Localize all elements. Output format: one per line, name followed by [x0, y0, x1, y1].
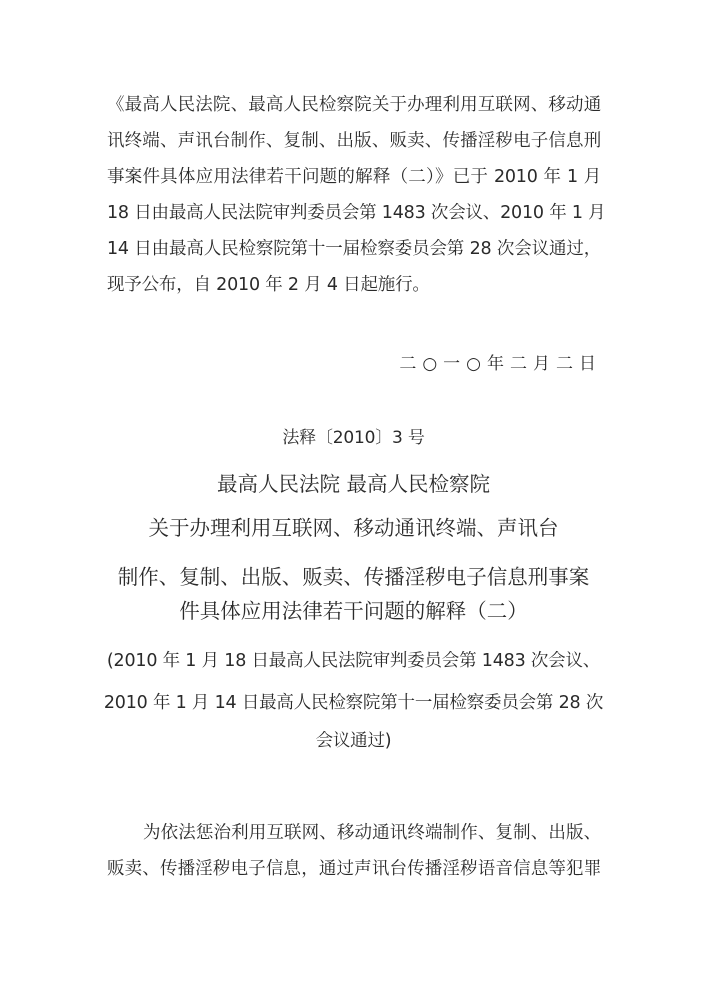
adoption-note-line: 2010 年 1 月 14 日最高人民检察院第十一届检察委员会第 28 次 — [100, 691, 607, 715]
announcement-line: 18 日由最高人民法院审判委员会第 1483 次会议、2010 年 1 月 — [107, 201, 601, 225]
announcement-line: 14 日由最高人民检察院第十一届检察委员会第 28 次会议通过， — [107, 237, 601, 261]
body-line: 为依法惩治利用互联网、移动通讯终端制作、复制、出版、 — [143, 821, 601, 845]
document-title-line: 件具体应用法律若干问题的解释（二） — [100, 597, 607, 625]
announcement-line: 事案件具体应用法律若干问题的解释（二）》已于 2010 年 1 月 — [107, 165, 601, 189]
announcement-line: 《最高人民法院、最高人民检察院关于办理利用互联网、移动通 — [107, 93, 601, 117]
document-issuer: 最高人民法院 最高人民检察院 — [100, 470, 607, 498]
adoption-note-line: (2010 年 1 月 18 日最高人民法院审判委员会第 1483 次会议、 — [100, 649, 607, 673]
body-line: 贩卖、传播淫秽电子信息，通过声讯台传播淫秽语音信息等犯罪 — [107, 857, 601, 881]
document-title-line: 制作、复制、出版、贩卖、传播淫秽电子信息刑事案 — [100, 563, 607, 591]
document-title-line: 关于办理利用互联网、移动通讯终端、声讯台 — [100, 514, 607, 542]
document-page: 《最高人民法院、最高人民检察院关于办理利用互联网、移动通 讯终端、声讯台制作、复… — [0, 0, 707, 999]
announcement-line: 讯终端、声讯台制作、复制、出版、贩卖、传播淫秽电子信息刑 — [107, 129, 601, 153]
announcement-date: 二○一○年二月二日 — [380, 352, 602, 376]
document-number: 法释〔2010〕3 号 — [100, 426, 607, 450]
adoption-note-line: 会议通过) — [100, 729, 607, 753]
announcement-line: 现予公布，自 2010 年 2 月 4 日起施行。 — [107, 273, 601, 297]
